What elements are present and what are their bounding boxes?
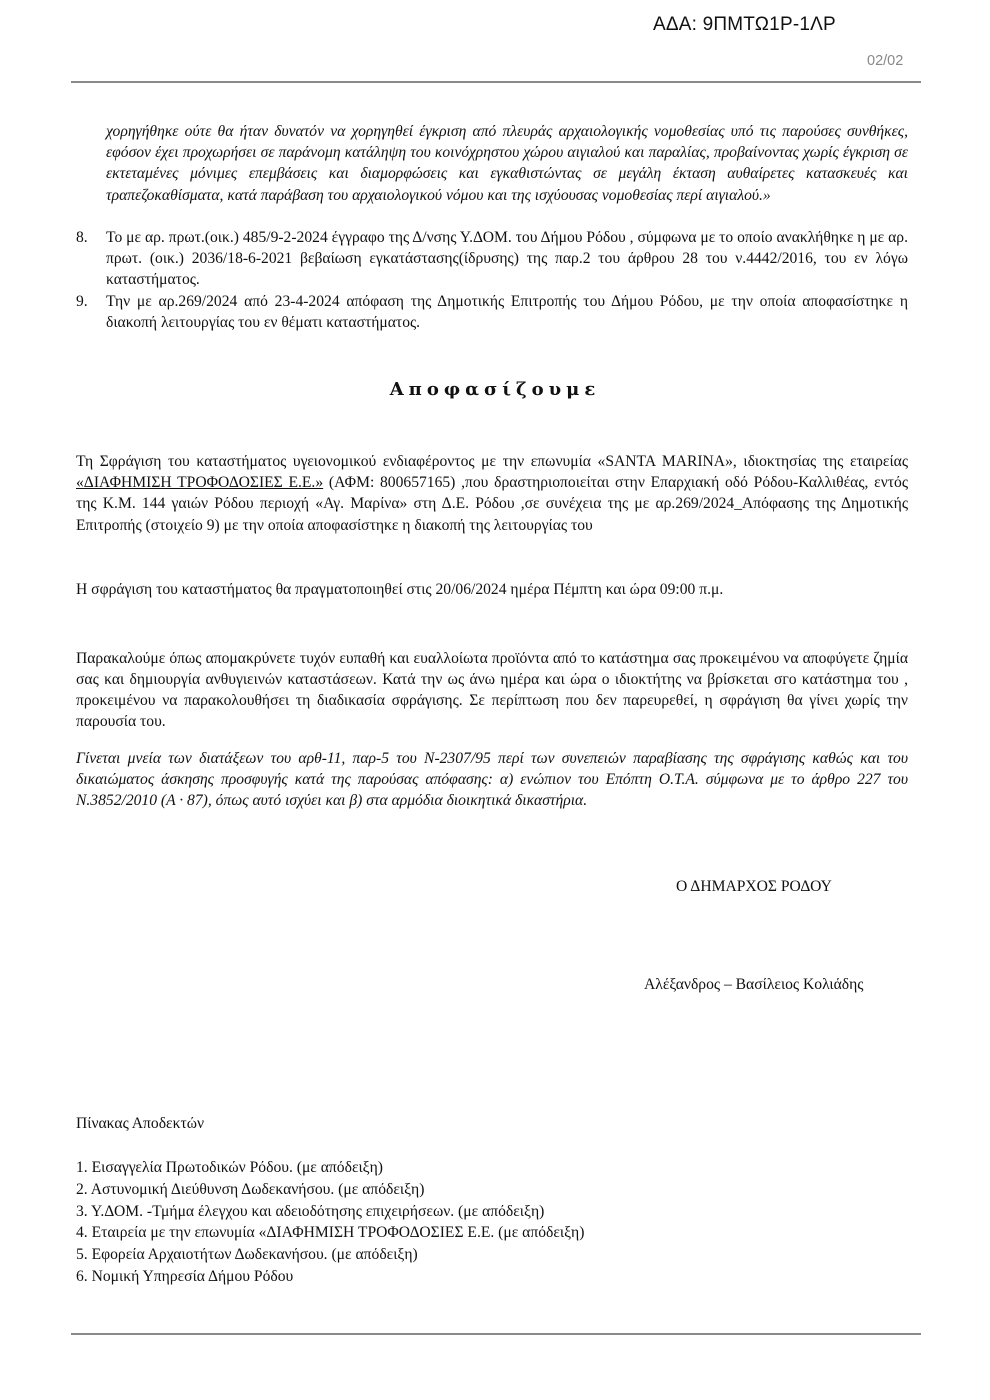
decision-heading: Αποφασίζουμε — [0, 379, 990, 400]
page-number: 02/02 — [867, 53, 903, 69]
quoted-text: χορηγήθηκε ούτε θα ήταν δυνατόν να χορηγ… — [106, 121, 908, 206]
sealing-date-paragraph: Η σφράγιση του καταστήματος θα πραγματοπ… — [76, 579, 908, 600]
recipient-item: 1. Εισαγγελία Πρωτοδικών Ρόδου. (με απόδ… — [76, 1157, 584, 1179]
recipients-list: 1. Εισαγγελία Πρωτοδικών Ρόδου. (με απόδ… — [76, 1157, 584, 1288]
recipient-item: 3. Υ.ΔΟΜ. -Τμήμα έλεγχου και αδειοδότηση… — [76, 1201, 584, 1223]
list-item: 9. Την με αρ.269/2024 από 23-4-2024 απόφ… — [76, 291, 908, 333]
company-name: «ΔΙΑΦΗΜΙΣΗ ΤΡΟΦΟΔΟΣΙΕΣ Ε.Ε.» — [76, 474, 323, 491]
recipient-item: 6. Νομική Υπηρεσία Δήμου Ρόδου — [76, 1266, 584, 1288]
header-divider — [71, 81, 921, 83]
recipient-item: 2. Αστυνομική Διεύθυνση Δωδεκανήσου. (με… — [76, 1179, 584, 1201]
request-paragraph: Παρακαλούμε όπως απομακρύνετε τυχόν ευπα… — [76, 648, 908, 733]
ada-code: ΑΔΑ: 9ΠΜΤΩ1Ρ-1ΛΡ — [653, 14, 836, 36]
list-item: 8. Το με αρ. πρωτ.(οικ.) 485/9-2-2024 έγ… — [76, 227, 908, 291]
item-number: 8. — [76, 227, 106, 291]
item-text: Το με αρ. πρωτ.(οικ.) 485/9-2-2024 έγγρα… — [106, 227, 908, 291]
quote-paragraph: χορηγήθηκε ούτε θα ήταν δυνατόν να χορηγ… — [106, 121, 908, 206]
recipient-item: 5. Εφορεία Αρχαιοτήτων Δωδεκανήσου. (με … — [76, 1244, 584, 1266]
decision-text-1: Τη Σφράγιση του καταστήματος υγειονομικο… — [76, 453, 908, 470]
recipient-item: 4. Εταιρεία με την επωνυμία «ΔΙΑΦΗΜΙΣΗ Τ… — [76, 1222, 584, 1244]
item-text: Την με αρ.269/2024 από 23-4-2024 απόφαση… — [106, 291, 908, 333]
signature-title: Ο ΔΗΜΑΡΧΟΣ ΡΟΔΟΥ — [676, 878, 832, 896]
legal-notice-paragraph: Γίνεται μνεία των διατάξεων του αρθ-11, … — [76, 748, 908, 812]
footer-divider — [71, 1333, 921, 1335]
request-block: Παρακαλούμε όπως απομακρύνετε τυχόν ευπα… — [76, 632, 908, 827]
decision-paragraph: Τη Σφράγιση του καταστήματος υγειονομικο… — [76, 451, 908, 536]
item-number: 9. — [76, 291, 106, 333]
considerations-list: 8. Το με αρ. πρωτ.(οικ.) 485/9-2-2024 έγ… — [76, 227, 908, 333]
recipients-title: Πίνακας Αποδεκτών — [76, 1115, 204, 1133]
signature-name: Αλέξανδρος – Βασίλειος Κολιάδης — [644, 976, 863, 994]
